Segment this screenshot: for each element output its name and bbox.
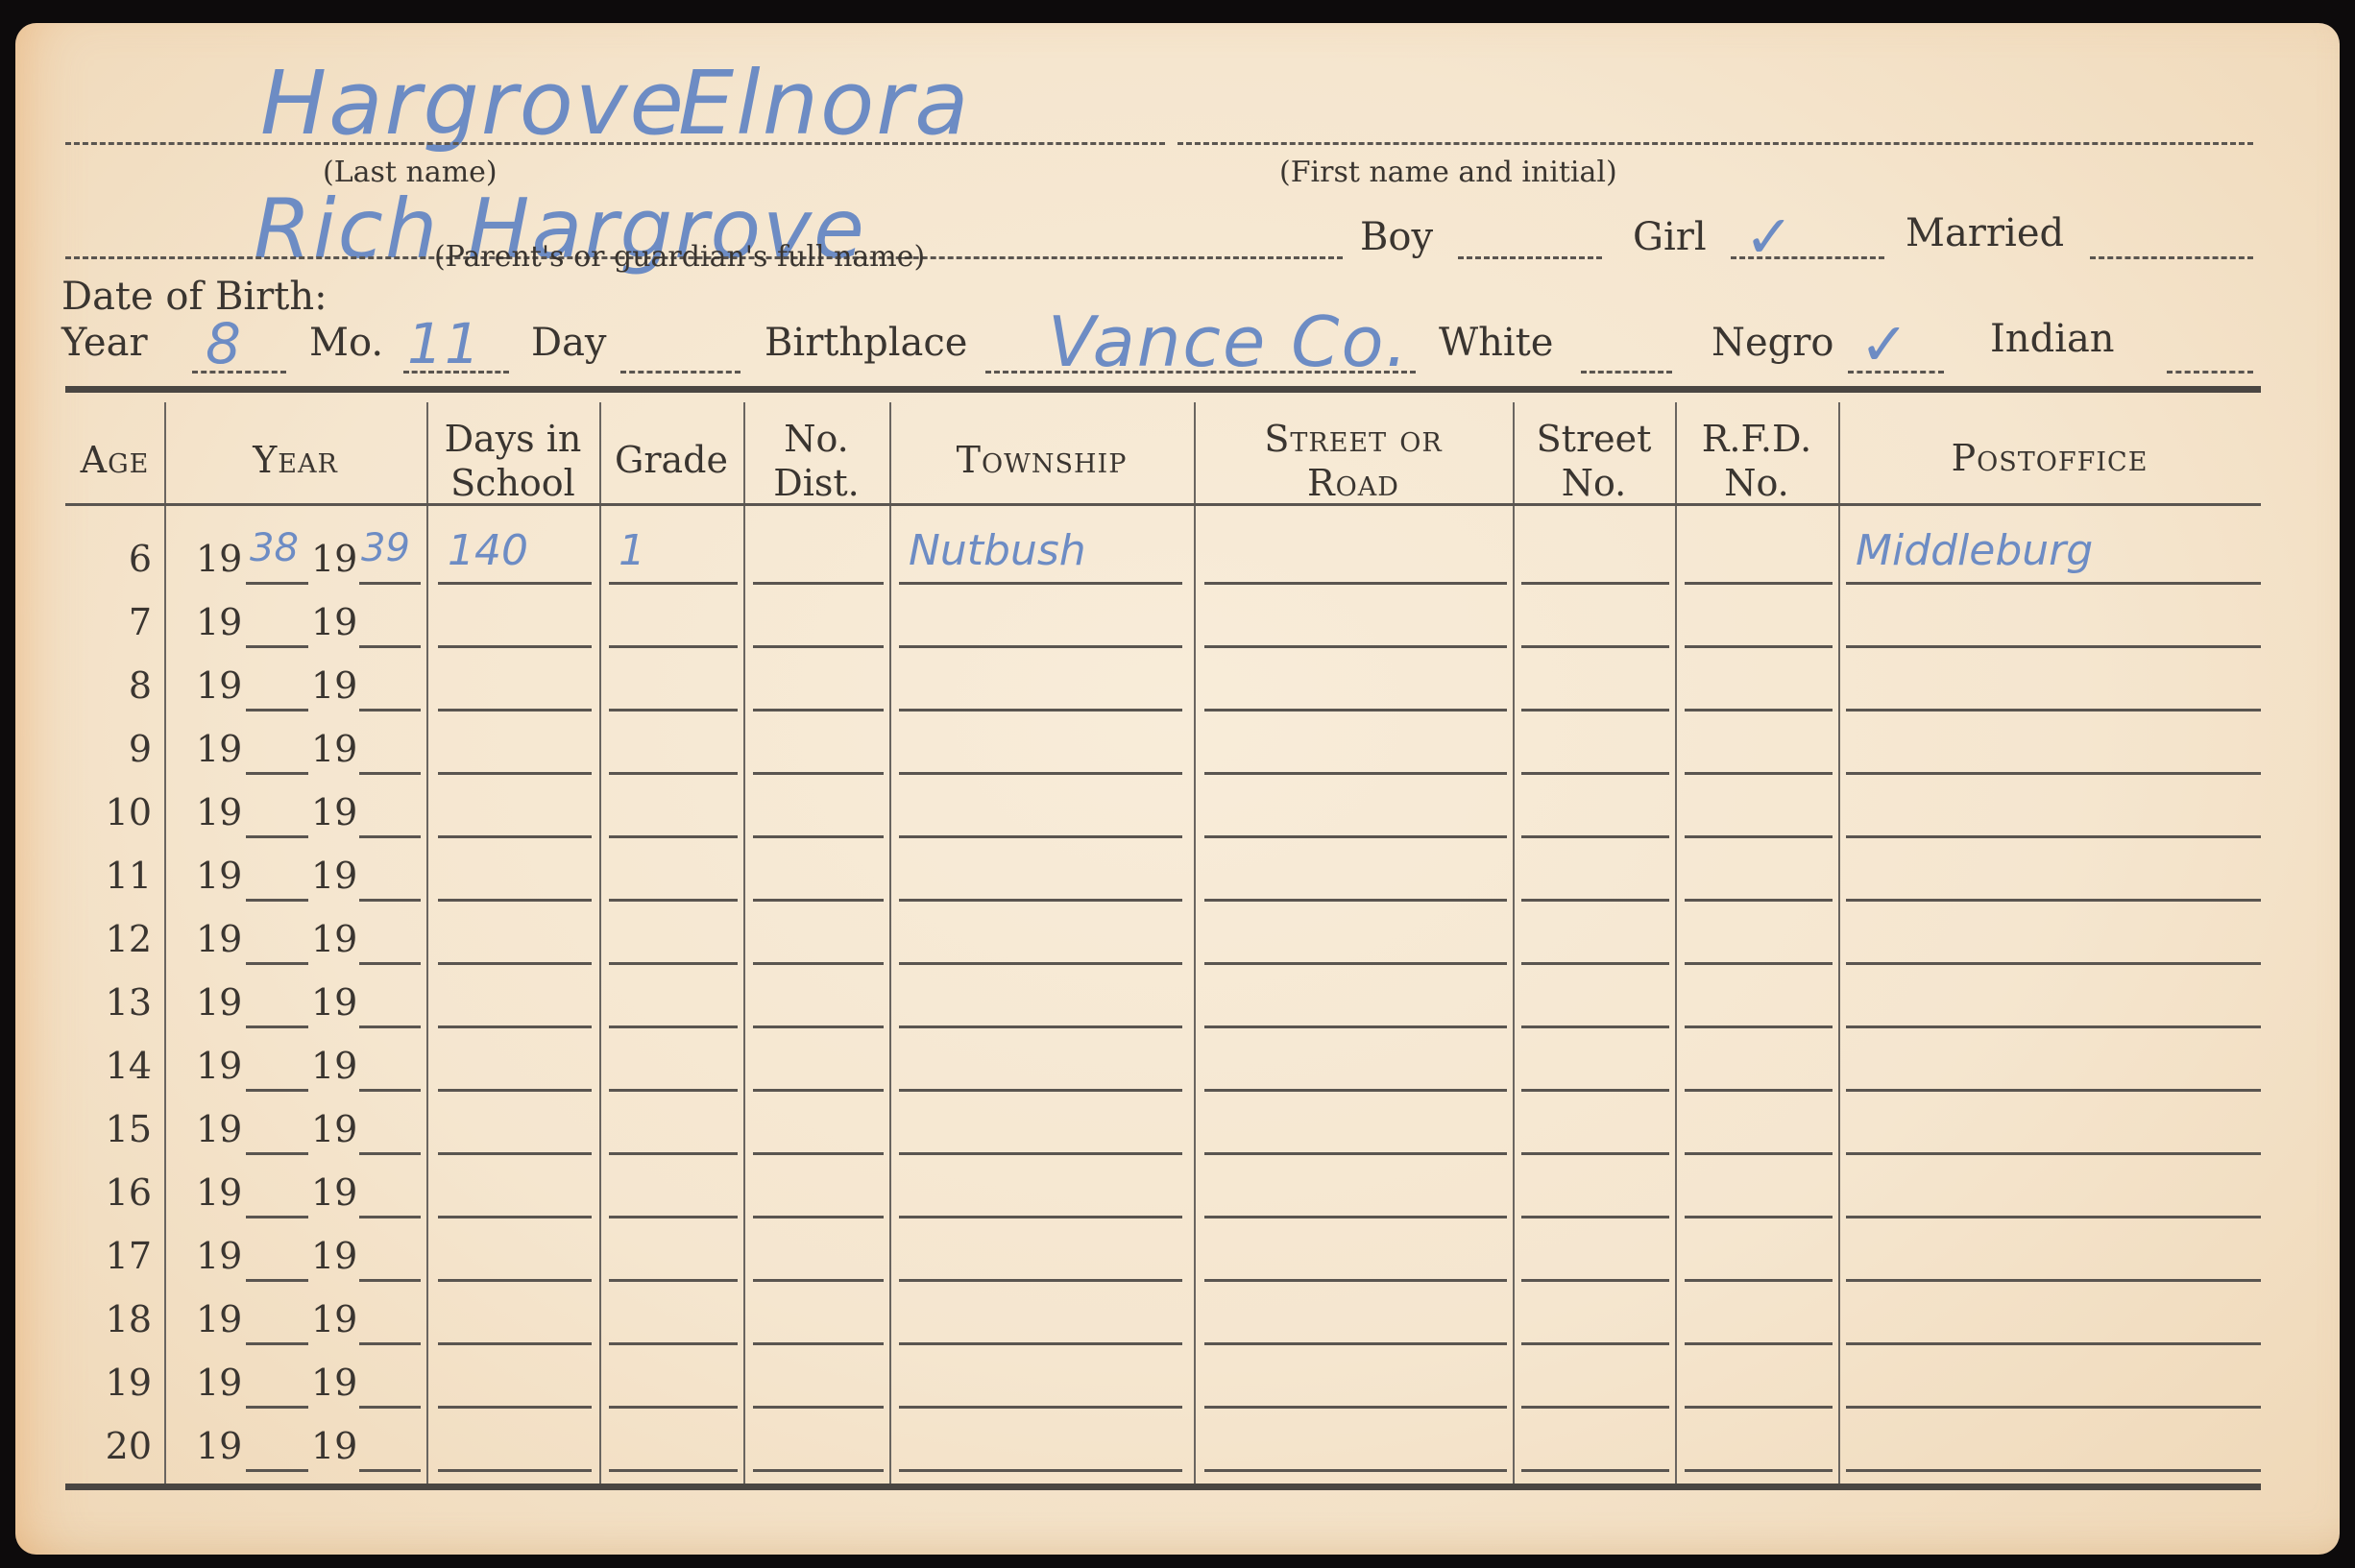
street-no-field[interactable] [1521, 835, 1669, 838]
age-cell: 16 [36, 1171, 152, 1214]
year-to-field[interactable] [359, 1406, 421, 1409]
table-row: 191919 [15, 1354, 2340, 1417]
age-cell: 17 [36, 1235, 152, 1277]
days-field[interactable] [438, 582, 592, 585]
header-year: Year [164, 438, 426, 482]
township-field[interactable] [899, 772, 1182, 775]
street-field[interactable] [1204, 1469, 1507, 1472]
year-from-field[interactable] [246, 1342, 308, 1345]
last-name-value: Hargrove [260, 52, 686, 155]
age-cell: 20 [36, 1425, 152, 1467]
negro-check-icon: ✓ [1859, 309, 1911, 379]
table-row: 131919 [15, 974, 2340, 1037]
year-from-field[interactable] [246, 645, 308, 648]
grade-value: 1 [619, 526, 645, 575]
year-to-prefix: 19 [311, 1235, 357, 1277]
grade-field[interactable] [609, 1089, 738, 1092]
street-field[interactable] [1204, 1025, 1507, 1028]
indian-label: Indian [1990, 317, 2115, 361]
year-from-field[interactable] [246, 1152, 308, 1155]
year-to-prefix: 19 [311, 981, 357, 1024]
dist-field[interactable] [753, 1216, 884, 1218]
age-cell: 9 [36, 728, 152, 770]
grade-field[interactable] [609, 645, 738, 648]
rfd-field[interactable] [1685, 1469, 1833, 1472]
grade-field[interactable] [609, 899, 738, 902]
days-field[interactable] [438, 1216, 592, 1218]
parent-name-label: (Parent's or guardian's full name) [434, 240, 925, 274]
age-cell: 6 [36, 538, 152, 580]
table-row: 151919 [15, 1100, 2340, 1164]
birth-year-line [192, 371, 286, 374]
grade-field[interactable] [609, 1342, 738, 1345]
year-to-prefix: 19 [311, 1171, 357, 1214]
table-row: 171919 [15, 1227, 2340, 1291]
year-from-field[interactable] [246, 582, 308, 585]
street-no-field[interactable] [1521, 772, 1669, 775]
rfd-field[interactable] [1685, 645, 1833, 648]
year-from-prefix: 19 [196, 664, 242, 707]
rfd-field[interactable] [1685, 899, 1833, 902]
header-district-line1: No. [743, 417, 889, 461]
year-from-field[interactable] [246, 1469, 308, 1472]
white-field[interactable] [1581, 371, 1672, 374]
street-field[interactable] [1204, 645, 1507, 648]
age-cell: 18 [36, 1298, 152, 1340]
township-field[interactable] [899, 1089, 1182, 1092]
married-field[interactable] [2090, 256, 2253, 259]
day-label: Day [531, 321, 607, 365]
table-row: 101919 [15, 784, 2340, 847]
year-to-prefix: 19 [311, 1108, 357, 1150]
days-field[interactable] [438, 1089, 592, 1092]
dist-field[interactable] [753, 962, 884, 965]
dist-field[interactable] [753, 582, 884, 585]
year-from-prefix: 19 [196, 981, 242, 1024]
township-field[interactable] [899, 1469, 1182, 1472]
year-from-prefix: 19 [196, 791, 242, 833]
year-from-field[interactable] [246, 962, 308, 965]
year-to-prefix: 19 [311, 791, 357, 833]
dist-field[interactable] [753, 835, 884, 838]
postoffice-field[interactable] [1846, 1025, 2261, 1028]
year-to-field[interactable] [359, 772, 421, 775]
age-cell: 12 [36, 918, 152, 960]
township-field[interactable] [899, 1406, 1182, 1409]
dist-field[interactable] [753, 1089, 884, 1092]
postoffice-field[interactable] [1846, 962, 2261, 965]
age-cell: 15 [36, 1108, 152, 1150]
year-to-field[interactable] [359, 645, 421, 648]
street-no-field[interactable] [1521, 1152, 1669, 1155]
year-to-field[interactable] [359, 962, 421, 965]
table-row: 121919 [15, 910, 2340, 974]
postoffice-field[interactable] [1846, 1342, 2261, 1345]
header-street-line2: Road [1194, 461, 1513, 505]
table-bottom-rule [65, 1484, 2261, 1490]
days-field[interactable] [438, 962, 592, 965]
indian-field[interactable] [2167, 371, 2253, 374]
township-field[interactable] [899, 1342, 1182, 1345]
rfd-field[interactable] [1685, 709, 1833, 712]
grade-field[interactable] [609, 772, 738, 775]
dist-field[interactable] [753, 1342, 884, 1345]
rfd-field[interactable] [1685, 772, 1833, 775]
table-row: 201919 [15, 1417, 2340, 1481]
header-street-line1: Street or [1194, 417, 1513, 461]
year-to-field[interactable] [359, 899, 421, 902]
header-grade: Grade [599, 438, 743, 482]
postoffice-field[interactable] [1846, 899, 2261, 902]
year-from-prefix: 19 [196, 1425, 242, 1467]
year-to-field[interactable] [359, 1152, 421, 1155]
postoffice-field[interactable] [1846, 1152, 2261, 1155]
rfd-field[interactable] [1685, 1089, 1833, 1092]
grade-field[interactable] [609, 835, 738, 838]
days-field[interactable] [438, 1279, 592, 1282]
days-field[interactable] [438, 1342, 592, 1345]
header-streetno-line2: No. [1513, 461, 1675, 505]
year-from-field[interactable] [246, 1279, 308, 1282]
header-postoffice: Postoffice [1838, 436, 2261, 480]
township-field[interactable] [899, 1025, 1182, 1028]
street-field[interactable] [1204, 899, 1507, 902]
street-no-field[interactable] [1521, 1406, 1669, 1409]
year-from-field[interactable] [246, 772, 308, 775]
township-field[interactable] [899, 962, 1182, 965]
street-no-field[interactable] [1521, 1469, 1669, 1472]
dist-field[interactable] [753, 899, 884, 902]
header-district: No. Dist. [743, 417, 889, 505]
year-to-field[interactable] [359, 1342, 421, 1345]
table-row: 81919 [15, 657, 2340, 720]
year-to-field[interactable] [359, 1279, 421, 1282]
year-from-field[interactable] [246, 1216, 308, 1218]
year-from-prefix: 19 [196, 601, 242, 643]
dist-field[interactable] [753, 1025, 884, 1028]
township-field[interactable] [899, 899, 1182, 902]
year-from-field[interactable] [246, 1089, 308, 1092]
rfd-field[interactable] [1685, 1279, 1833, 1282]
days-field[interactable] [438, 772, 592, 775]
dist-field[interactable] [753, 1469, 884, 1472]
dist-field[interactable] [753, 1152, 884, 1155]
township-field[interactable] [899, 1152, 1182, 1155]
dist-field[interactable] [753, 645, 884, 648]
year-to-prefix: 19 [311, 855, 357, 897]
street-no-field[interactable] [1521, 1025, 1669, 1028]
postoffice-field[interactable] [1846, 1089, 2261, 1092]
rfd-field[interactable] [1685, 1342, 1833, 1345]
grade-field[interactable] [609, 582, 738, 585]
days-field[interactable] [438, 709, 592, 712]
rfd-field[interactable] [1685, 1152, 1833, 1155]
header-streetno-line1: Street [1513, 417, 1675, 461]
township-value: Nutbush [909, 526, 1086, 575]
year-to-prefix: 19 [311, 664, 357, 707]
table-row: 111919 [15, 847, 2340, 910]
year-from-prefix: 19 [196, 1045, 242, 1087]
street-no-field[interactable] [1521, 1342, 1669, 1345]
dist-field[interactable] [753, 1279, 884, 1282]
postoffice-field[interactable] [1846, 582, 2261, 585]
age-cell: 7 [36, 601, 152, 643]
header-bottom-rule [65, 503, 2261, 506]
year-to-prefix: 19 [311, 1298, 357, 1340]
days-field[interactable] [438, 1406, 592, 1409]
year-to-field[interactable] [359, 709, 421, 712]
year-from-prefix: 19 [196, 1171, 242, 1214]
birth-month-value: 11 [407, 311, 482, 376]
year-to-field[interactable] [359, 1089, 421, 1092]
year-from-field[interactable] [246, 835, 308, 838]
days-field[interactable] [438, 1025, 592, 1028]
street-field[interactable] [1204, 1279, 1507, 1282]
header-days-line2: School [426, 461, 599, 505]
year-to-prefix: 19 [311, 601, 357, 643]
birthplace-label: Birthplace [765, 321, 967, 365]
header-days-line1: Days in [426, 417, 599, 461]
school-record-card: Hargrove Elnora (Last name) (First name … [15, 23, 2340, 1555]
year-from-field[interactable] [246, 899, 308, 902]
grade-field[interactable] [609, 1469, 738, 1472]
boy-label: Boy [1360, 215, 1433, 259]
birthplace-line [985, 371, 1416, 374]
days-field[interactable] [438, 899, 592, 902]
year-to-field[interactable] [359, 1216, 421, 1218]
negro-label: Negro [1712, 321, 1833, 365]
year-from-field[interactable] [246, 1025, 308, 1028]
street-no-field[interactable] [1521, 645, 1669, 648]
year-to-field[interactable] [359, 582, 421, 585]
postoffice-field[interactable] [1846, 1406, 2261, 1409]
first-name-value: Elnora [678, 52, 971, 155]
year-from-prefix: 19 [196, 1298, 242, 1340]
table-row: 91919 [15, 720, 2340, 784]
header-rfd-line1: R.F.D. [1675, 417, 1838, 461]
street-no-field[interactable] [1521, 709, 1669, 712]
year-to-field[interactable] [359, 1469, 421, 1472]
year-to-prefix: 19 [311, 728, 357, 770]
header-rfd-line2: No. [1675, 461, 1838, 505]
township-field[interactable] [899, 1279, 1182, 1282]
month-label: Mo. [309, 321, 383, 365]
table-row: 141919 [15, 1037, 2340, 1100]
year-to-prefix: 19 [311, 918, 357, 960]
days-value: 140 [448, 526, 528, 575]
year-from-prefix: 19 [196, 1235, 242, 1277]
white-label: White [1439, 321, 1553, 365]
year-from-prefix: 19 [196, 1362, 242, 1404]
year-from-prefix: 19 [196, 538, 242, 580]
grade-field[interactable] [609, 1279, 738, 1282]
dist-field[interactable] [753, 772, 884, 775]
header-township: Township [889, 438, 1194, 482]
street-field[interactable] [1204, 1342, 1507, 1345]
postoffice-field[interactable] [1846, 772, 2261, 775]
header-street-road: Street or Road [1194, 417, 1513, 505]
street-field[interactable] [1204, 709, 1507, 712]
age-cell: 13 [36, 981, 152, 1024]
year-from-field[interactable] [246, 1406, 308, 1409]
first-name-label: (First name and initial) [1279, 156, 1617, 189]
grade-field[interactable] [609, 962, 738, 965]
street-field[interactable] [1204, 772, 1507, 775]
girl-label: Girl [1633, 215, 1707, 259]
street-field[interactable] [1204, 835, 1507, 838]
birth-day-field[interactable] [620, 371, 740, 374]
married-label: Married [1906, 211, 2064, 255]
rfd-field[interactable] [1685, 582, 1833, 585]
year-to-prefix: 19 [311, 1045, 357, 1087]
grade-field[interactable] [609, 709, 738, 712]
postoffice-field[interactable] [1846, 1279, 2261, 1282]
year-from-prefix: 19 [196, 855, 242, 897]
dob-label: Date of Birth: [61, 275, 328, 319]
table-row: 181919 [15, 1291, 2340, 1354]
dist-field[interactable] [753, 709, 884, 712]
street-no-field[interactable] [1521, 1216, 1669, 1218]
age-cell: 19 [36, 1362, 152, 1404]
year-from-prefix: 19 [196, 1108, 242, 1150]
age-cell: 14 [36, 1045, 152, 1087]
year-to-value: 39 [361, 526, 410, 570]
year-from-prefix: 19 [196, 728, 242, 770]
age-cell: 11 [36, 855, 152, 897]
first-name-line [1177, 142, 2253, 145]
postoffice-field[interactable] [1846, 709, 2261, 712]
township-field[interactable] [899, 709, 1182, 712]
rfd-field[interactable] [1685, 835, 1833, 838]
girl-check-icon: ✓ [1744, 202, 1796, 272]
grade-field[interactable] [609, 1025, 738, 1028]
age-cell: 10 [36, 791, 152, 833]
boy-field[interactable] [1458, 256, 1602, 259]
postoffice-field[interactable] [1846, 645, 2261, 648]
year-from-prefix: 19 [196, 918, 242, 960]
postoffice-field[interactable] [1846, 1216, 2261, 1218]
grade-field[interactable] [609, 1406, 738, 1409]
days-field[interactable] [438, 1469, 592, 1472]
street-field[interactable] [1204, 582, 1507, 585]
street-field[interactable] [1204, 1406, 1507, 1409]
rfd-field[interactable] [1685, 1406, 1833, 1409]
postoffice-field[interactable] [1846, 1469, 2261, 1472]
days-field[interactable] [438, 645, 592, 648]
township-field[interactable] [899, 645, 1182, 648]
township-field[interactable] [899, 835, 1182, 838]
rfd-field[interactable] [1685, 962, 1833, 965]
street-no-field[interactable] [1521, 1089, 1669, 1092]
street-no-field[interactable] [1521, 899, 1669, 902]
header-days: Days in School [426, 417, 599, 505]
header-district-line2: Dist. [743, 461, 889, 505]
rfd-field[interactable] [1685, 1216, 1833, 1218]
rfd-field[interactable] [1685, 1025, 1833, 1028]
girl-field[interactable] [1731, 256, 1884, 259]
year-to-field[interactable] [359, 835, 421, 838]
street-field[interactable] [1204, 1152, 1507, 1155]
table-row: 6191938391401NutbushMiddleburg [15, 530, 2340, 593]
grade-field[interactable] [609, 1216, 738, 1218]
last-name-line [65, 142, 1165, 145]
table-top-rule [65, 386, 2261, 393]
township-field[interactable] [899, 582, 1182, 585]
year-label: Year [61, 321, 148, 365]
year-to-field[interactable] [359, 1025, 421, 1028]
header-street-no: Street No. [1513, 417, 1675, 505]
street-field[interactable] [1204, 962, 1507, 965]
negro-field[interactable] [1848, 371, 1944, 374]
days-field[interactable] [438, 835, 592, 838]
township-field[interactable] [899, 1216, 1182, 1218]
year-to-prefix: 19 [311, 1362, 357, 1404]
street-no-field[interactable] [1521, 582, 1669, 585]
days-field[interactable] [438, 1152, 592, 1155]
year-to-prefix: 19 [311, 1425, 357, 1467]
age-cell: 8 [36, 664, 152, 707]
grade-field[interactable] [609, 1152, 738, 1155]
street-field[interactable] [1204, 1216, 1507, 1218]
postoffice-value: Middleburg [1856, 526, 2093, 575]
street-no-field[interactable] [1521, 962, 1669, 965]
street-no-field[interactable] [1521, 1279, 1669, 1282]
table-row: 161919 [15, 1164, 2340, 1227]
birth-year-value: 8 [206, 311, 243, 376]
postoffice-field[interactable] [1846, 835, 2261, 838]
year-from-value: 38 [250, 526, 299, 570]
header-rfd: R.F.D. No. [1675, 417, 1838, 505]
street-field[interactable] [1204, 1089, 1507, 1092]
year-from-field[interactable] [246, 709, 308, 712]
header-age: Age [65, 438, 164, 482]
year-to-prefix: 19 [311, 538, 357, 580]
birth-month-line [403, 371, 509, 374]
table-row: 71919 [15, 593, 2340, 657]
dist-field[interactable] [753, 1406, 884, 1409]
